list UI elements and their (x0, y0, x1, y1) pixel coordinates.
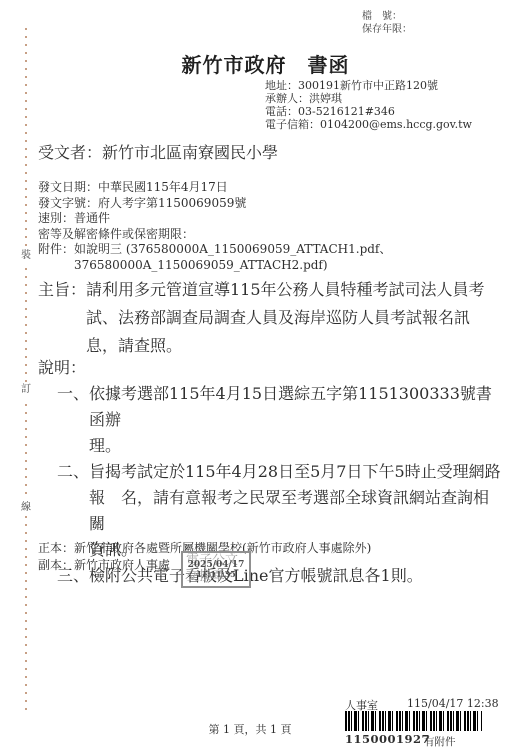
barcode (345, 711, 482, 731)
item-line: 依據考選部115年4月15日選綜五字第1151300333號書函辦 (89, 381, 503, 433)
subject-line: 試、法務部調查局調查人員及海岸巡防人員考試報名訊 (86, 304, 488, 332)
item-line: 報 名，請有意報考之民眾至考選部全球資訊網站查詢相關 (89, 485, 503, 537)
file-number-block: 檔 號： 保存年限： (362, 10, 412, 36)
recipient-line: 受文者：新竹市北區南寮國民小學 (38, 140, 278, 163)
attachment-note: 有附件 (424, 734, 456, 749)
binding-char-zhuang: 裝 (19, 248, 33, 264)
stamp-timestamp: 2025/04/17 11:11:35 (183, 553, 249, 586)
item-number: 一、 (57, 381, 89, 407)
received-datetime: 115/04/17 12:38 (407, 697, 499, 710)
attachment-line: 附件：如說明三 (376580000A_1150069059_ATTACH1.p… (38, 242, 391, 258)
document-title: 新竹市政府 書函 (0, 49, 531, 78)
item-line: 旨揭考試定於115年4月28日至5月7日下午5時止受理網路 (89, 459, 503, 485)
subject-section: 主旨： 請利用多元管道宣導115年公務人員特種考試司法人員考 試、法務部調查局調… (38, 276, 488, 360)
binding-dotted-line (25, 28, 27, 712)
classification-line: 密等及解密條件或保密期限： (38, 227, 391, 243)
contact-email: 電子信箱：0104200@ems.hccg.gov.tw (265, 118, 472, 131)
item-number: 二、 (57, 459, 89, 485)
doc-reference-line: 發文字號：府人考字第1150069059號 (38, 196, 391, 212)
description-item-1: 一、 依據考選部115年4月15日選綜五字第1151300333號書函辦 理。 (38, 381, 503, 459)
stamp-time: 11:11:35 (196, 570, 235, 579)
issue-date-line: 發文日期：中華民國115年4月17日 (38, 180, 391, 196)
official-letter-page: 檔 號： 保存年限： 新竹市政府 書函 地址：300191新竹市中正路120號 … (0, 0, 531, 754)
page-number-footer: 第 1 頁，共 1 頁 (175, 721, 325, 737)
subject-line: 請利用多元管道宣導115年公務人員特種考試司法人員考 (86, 276, 488, 304)
contact-handler: 承辦人：洪婷琪 (265, 92, 472, 105)
contact-phone: 電話：03-5216121#346 (265, 105, 472, 118)
priority-line: 速別：普通件 (38, 211, 391, 227)
registry-number: 1150001927 (345, 732, 430, 746)
binding-char-xian: 線 (19, 500, 33, 516)
document-meta-block: 發文日期：中華民國115年4月17日 發文字號：府人考字第1150069059號… (38, 180, 391, 273)
file-number-label: 檔 號： (362, 10, 412, 23)
description-heading: 說明： (38, 355, 503, 381)
attachment-continuation-line: 376580000A_1150069059_ATTACH2.pdf) (38, 258, 391, 274)
subject-label: 主旨： (38, 276, 86, 304)
item-line: 理。 (89, 433, 503, 459)
electronic-exchange-stamp: 電子公文 交換章 2025/04/17 11:11:35 (181, 551, 251, 588)
retention-period-label: 保存年限： (362, 23, 412, 36)
contact-address: 地址：300191新竹市中正路120號 (265, 79, 472, 92)
binding-char-ding: 訂 (19, 382, 33, 398)
contact-block: 地址：300191新竹市中正路120號 承辦人：洪婷琪 電話：03-521612… (265, 79, 472, 131)
